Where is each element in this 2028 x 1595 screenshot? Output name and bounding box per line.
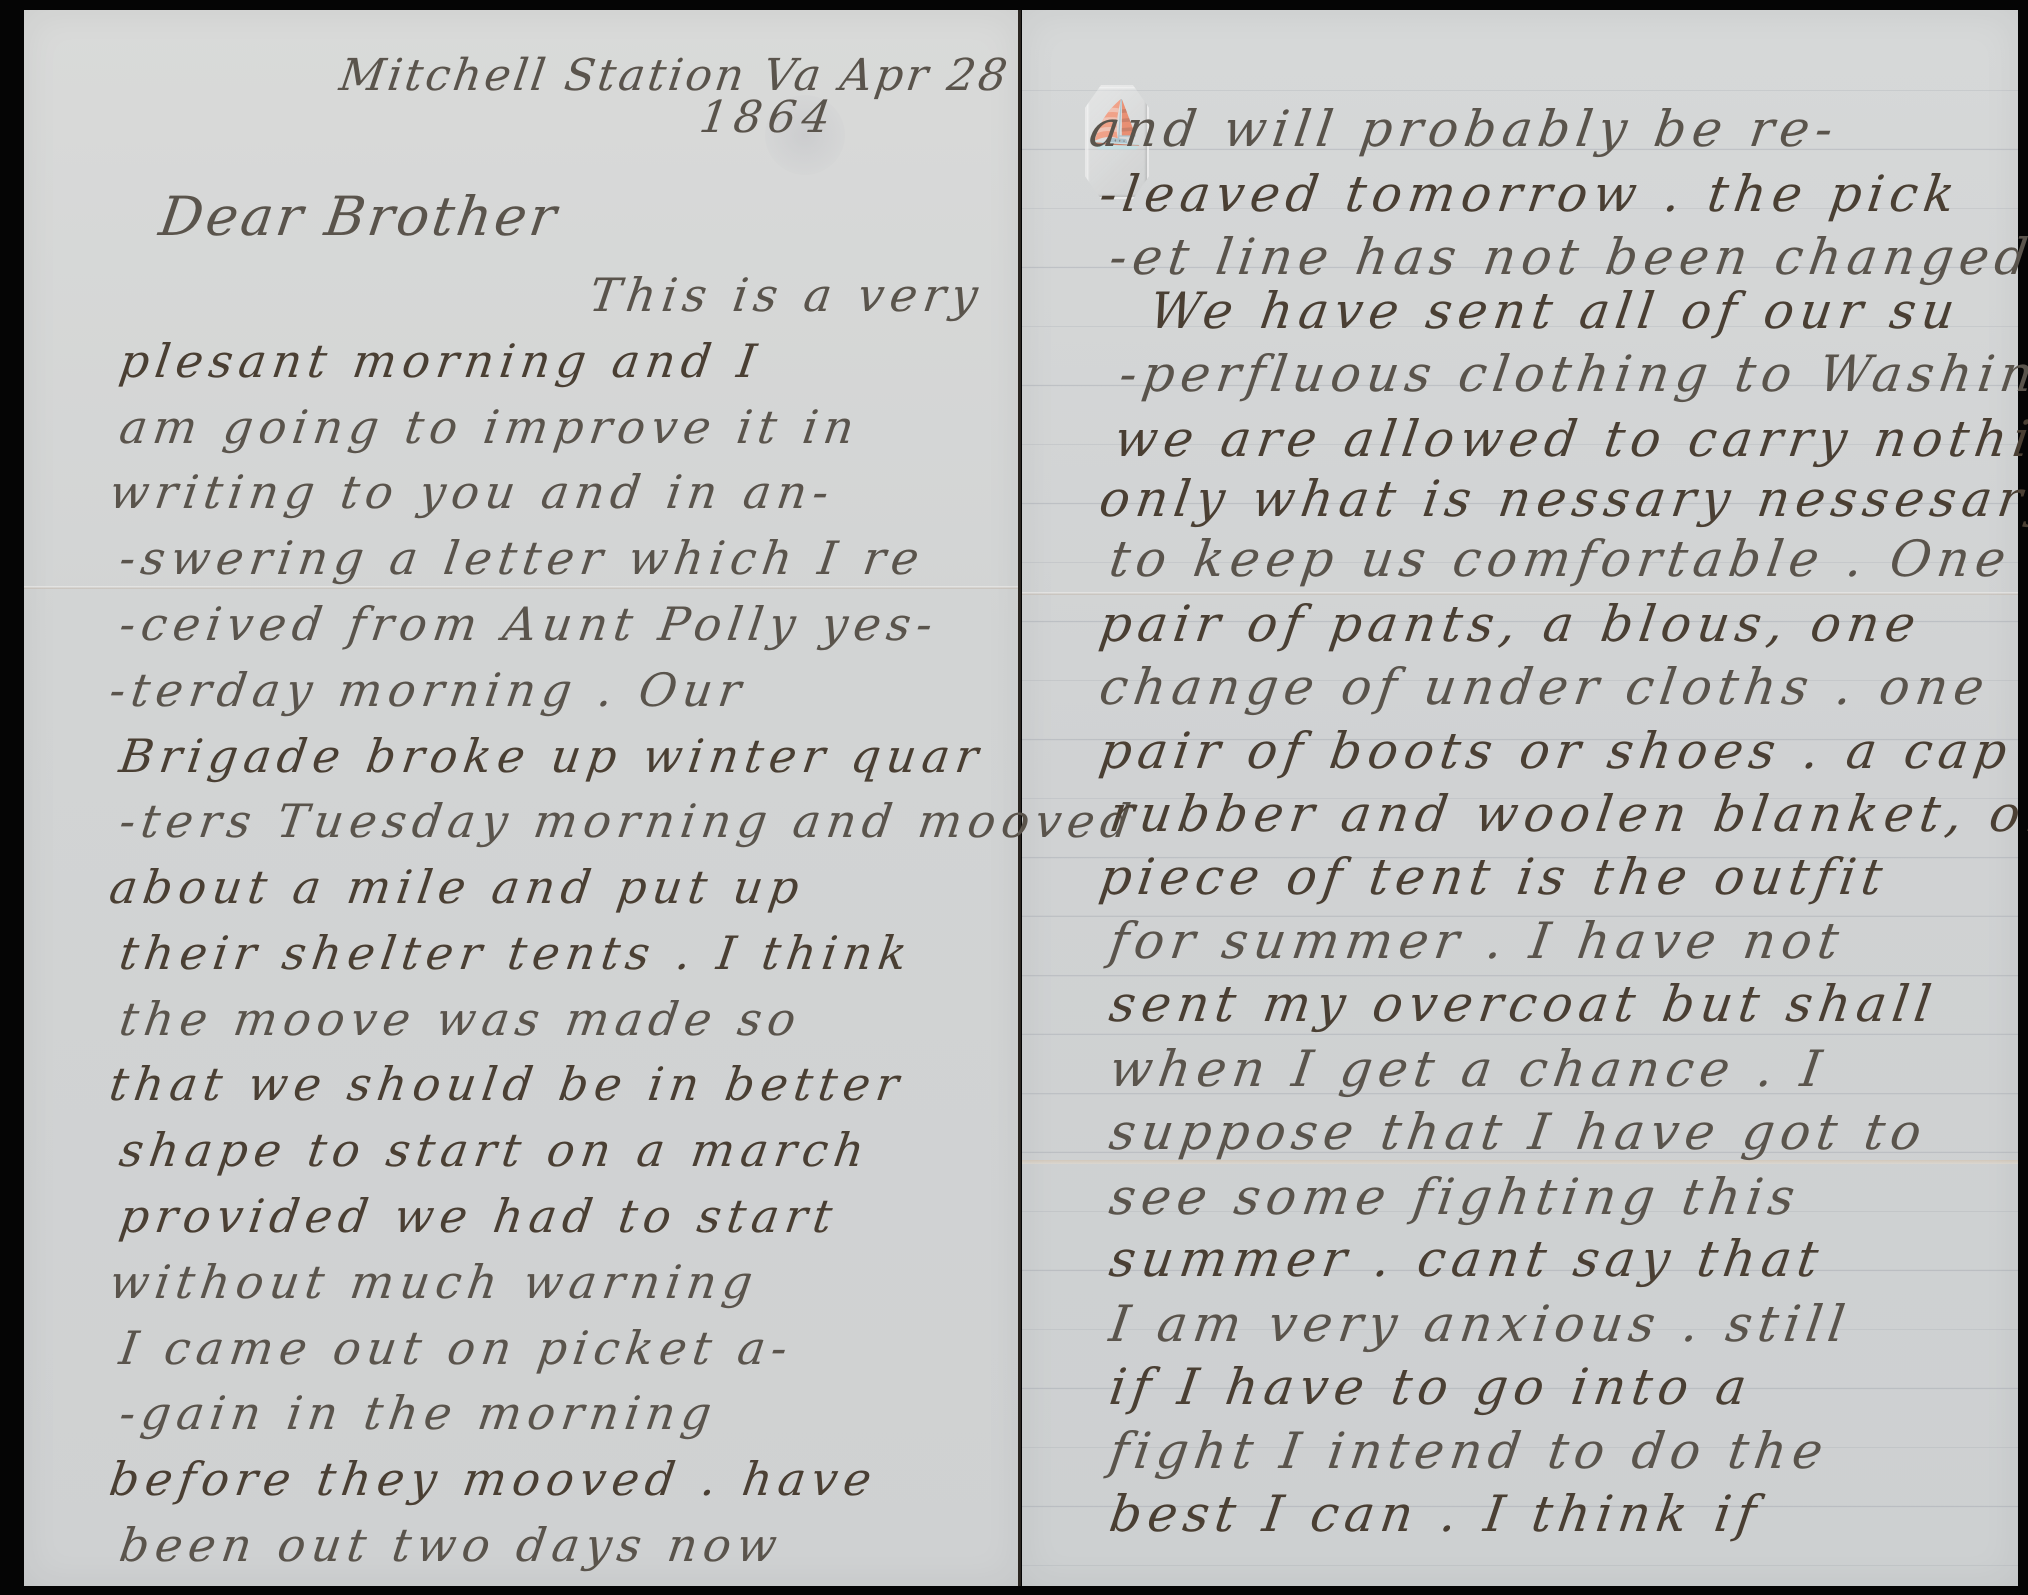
scanned-letter: ⛵ Mitchell Station Va Apr 28 1864 Dear B…	[0, 0, 2028, 1595]
letter-line: we are allowed to carry nothing	[1111, 410, 2028, 468]
letter-line: -gain in the morning	[116, 1386, 721, 1440]
letter-line: am going to improve it in	[116, 400, 863, 454]
letter-line: rubber and woolen blanket, one	[1106, 785, 2028, 843]
letter-line: -ceived from Aunt Polly yes-	[116, 597, 942, 651]
letter-line: if I have to go into a	[1106, 1358, 1756, 1416]
letter-line: plesant morning and I	[116, 334, 765, 388]
letter-line: shape to start on a march	[116, 1123, 873, 1177]
letter-line: their shelter tents . I think	[116, 926, 916, 980]
letter-line: without much warning	[106, 1255, 762, 1309]
letter-line: This is a very	[586, 268, 987, 322]
letter-line: and will probably be re-	[1086, 100, 1843, 158]
letter-year: 1864	[696, 92, 839, 143]
letter-line: We have sent all of our su	[1146, 282, 1964, 340]
letter-line: sent my overcoat but shall	[1106, 975, 1941, 1033]
letter-line: I came out on picket a-	[116, 1321, 797, 1375]
letter-line: change of under cloths . one	[1096, 658, 1994, 716]
letter-line: when I get a chance . I	[1106, 1040, 1831, 1098]
letter-line: fight I intend to do the	[1106, 1422, 1832, 1480]
letter-line: suppose that I have got to	[1106, 1103, 1931, 1161]
letter-line: best I can . I think if	[1106, 1485, 1766, 1543]
letter-line: for summer . I have not	[1106, 912, 1848, 970]
letter-line: before they mooved . have	[106, 1452, 881, 1506]
letter-line: to keep us comfortable . One	[1106, 530, 2015, 588]
letter-line: pair of boots or shoes . a cap .	[1096, 722, 2028, 780]
letter-line: been out two days now	[116, 1518, 786, 1572]
paper-fold-line	[24, 586, 1020, 589]
letter-line: the moove was made so	[116, 992, 805, 1046]
letter-line: -leaved tomorrow . the pick	[1096, 165, 1964, 223]
letter-line: -ters Tuesday morning and mooved	[116, 794, 1140, 848]
letter-line: -terday morning . Our	[106, 663, 750, 717]
letter-line: writing to you and in an-	[106, 465, 838, 519]
letter-line: -swering a letter which I re	[116, 531, 928, 585]
salutation: Dear Brother	[156, 185, 564, 248]
letter-line: pair of pants, a blous, one	[1096, 595, 1925, 653]
letter-line: only what is nessary nessesary	[1096, 470, 2028, 528]
letter-line: I am very anxious . still	[1106, 1295, 1854, 1353]
letter-place-date: Mitchell Station Va Apr 28	[336, 50, 1013, 101]
letter-line: Brigade broke up winter quar	[116, 729, 987, 783]
letter-line: see some fighting this	[1106, 1168, 1804, 1226]
letter-line: summer . cant say that	[1106, 1230, 1828, 1288]
letter-line: -et line has not been changed	[1106, 228, 2028, 286]
letter-line: about a mile and put up	[106, 860, 808, 914]
letter-line: -perfluous clothing to Washington	[1116, 345, 2028, 403]
letter-line: provided we had to start	[116, 1189, 841, 1243]
letter-line: piece of tent is the outfit	[1096, 848, 1892, 906]
letter-line: that we should be in better	[106, 1057, 908, 1111]
